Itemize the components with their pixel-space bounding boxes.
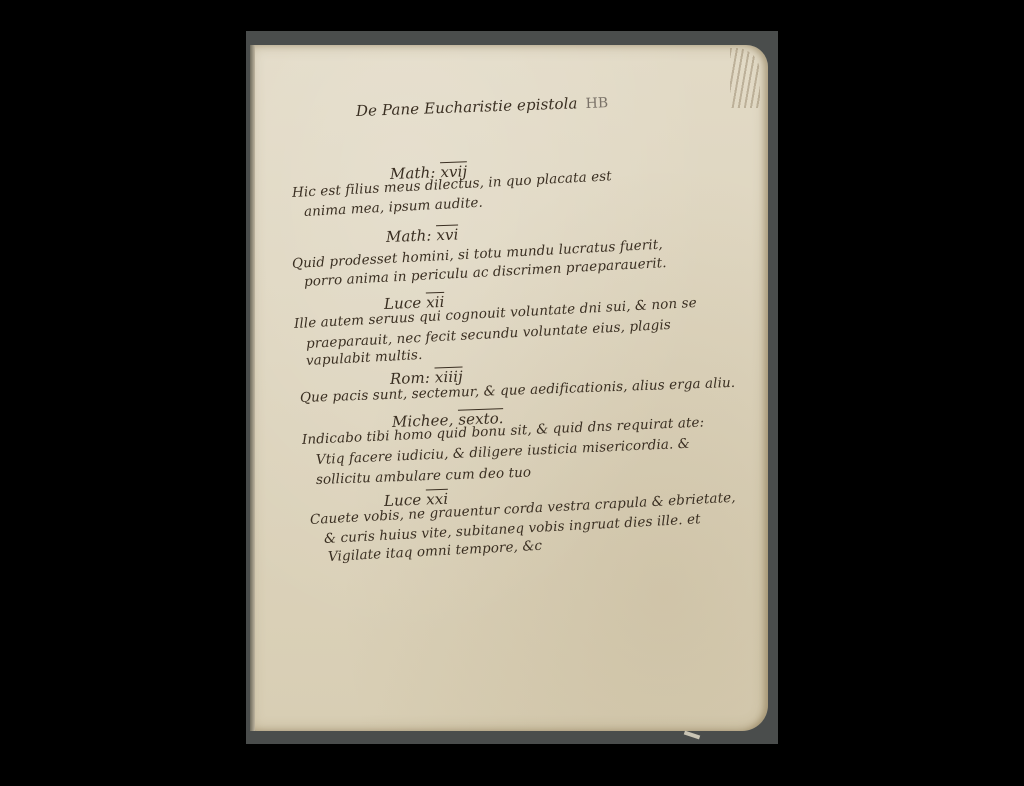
page-left-edge	[250, 45, 255, 731]
section-reference: Math: xvi	[386, 225, 459, 246]
reference-chapter: xvi	[436, 225, 459, 244]
reference-book: Math:	[386, 226, 432, 246]
title-monogram: HB	[585, 95, 608, 112]
